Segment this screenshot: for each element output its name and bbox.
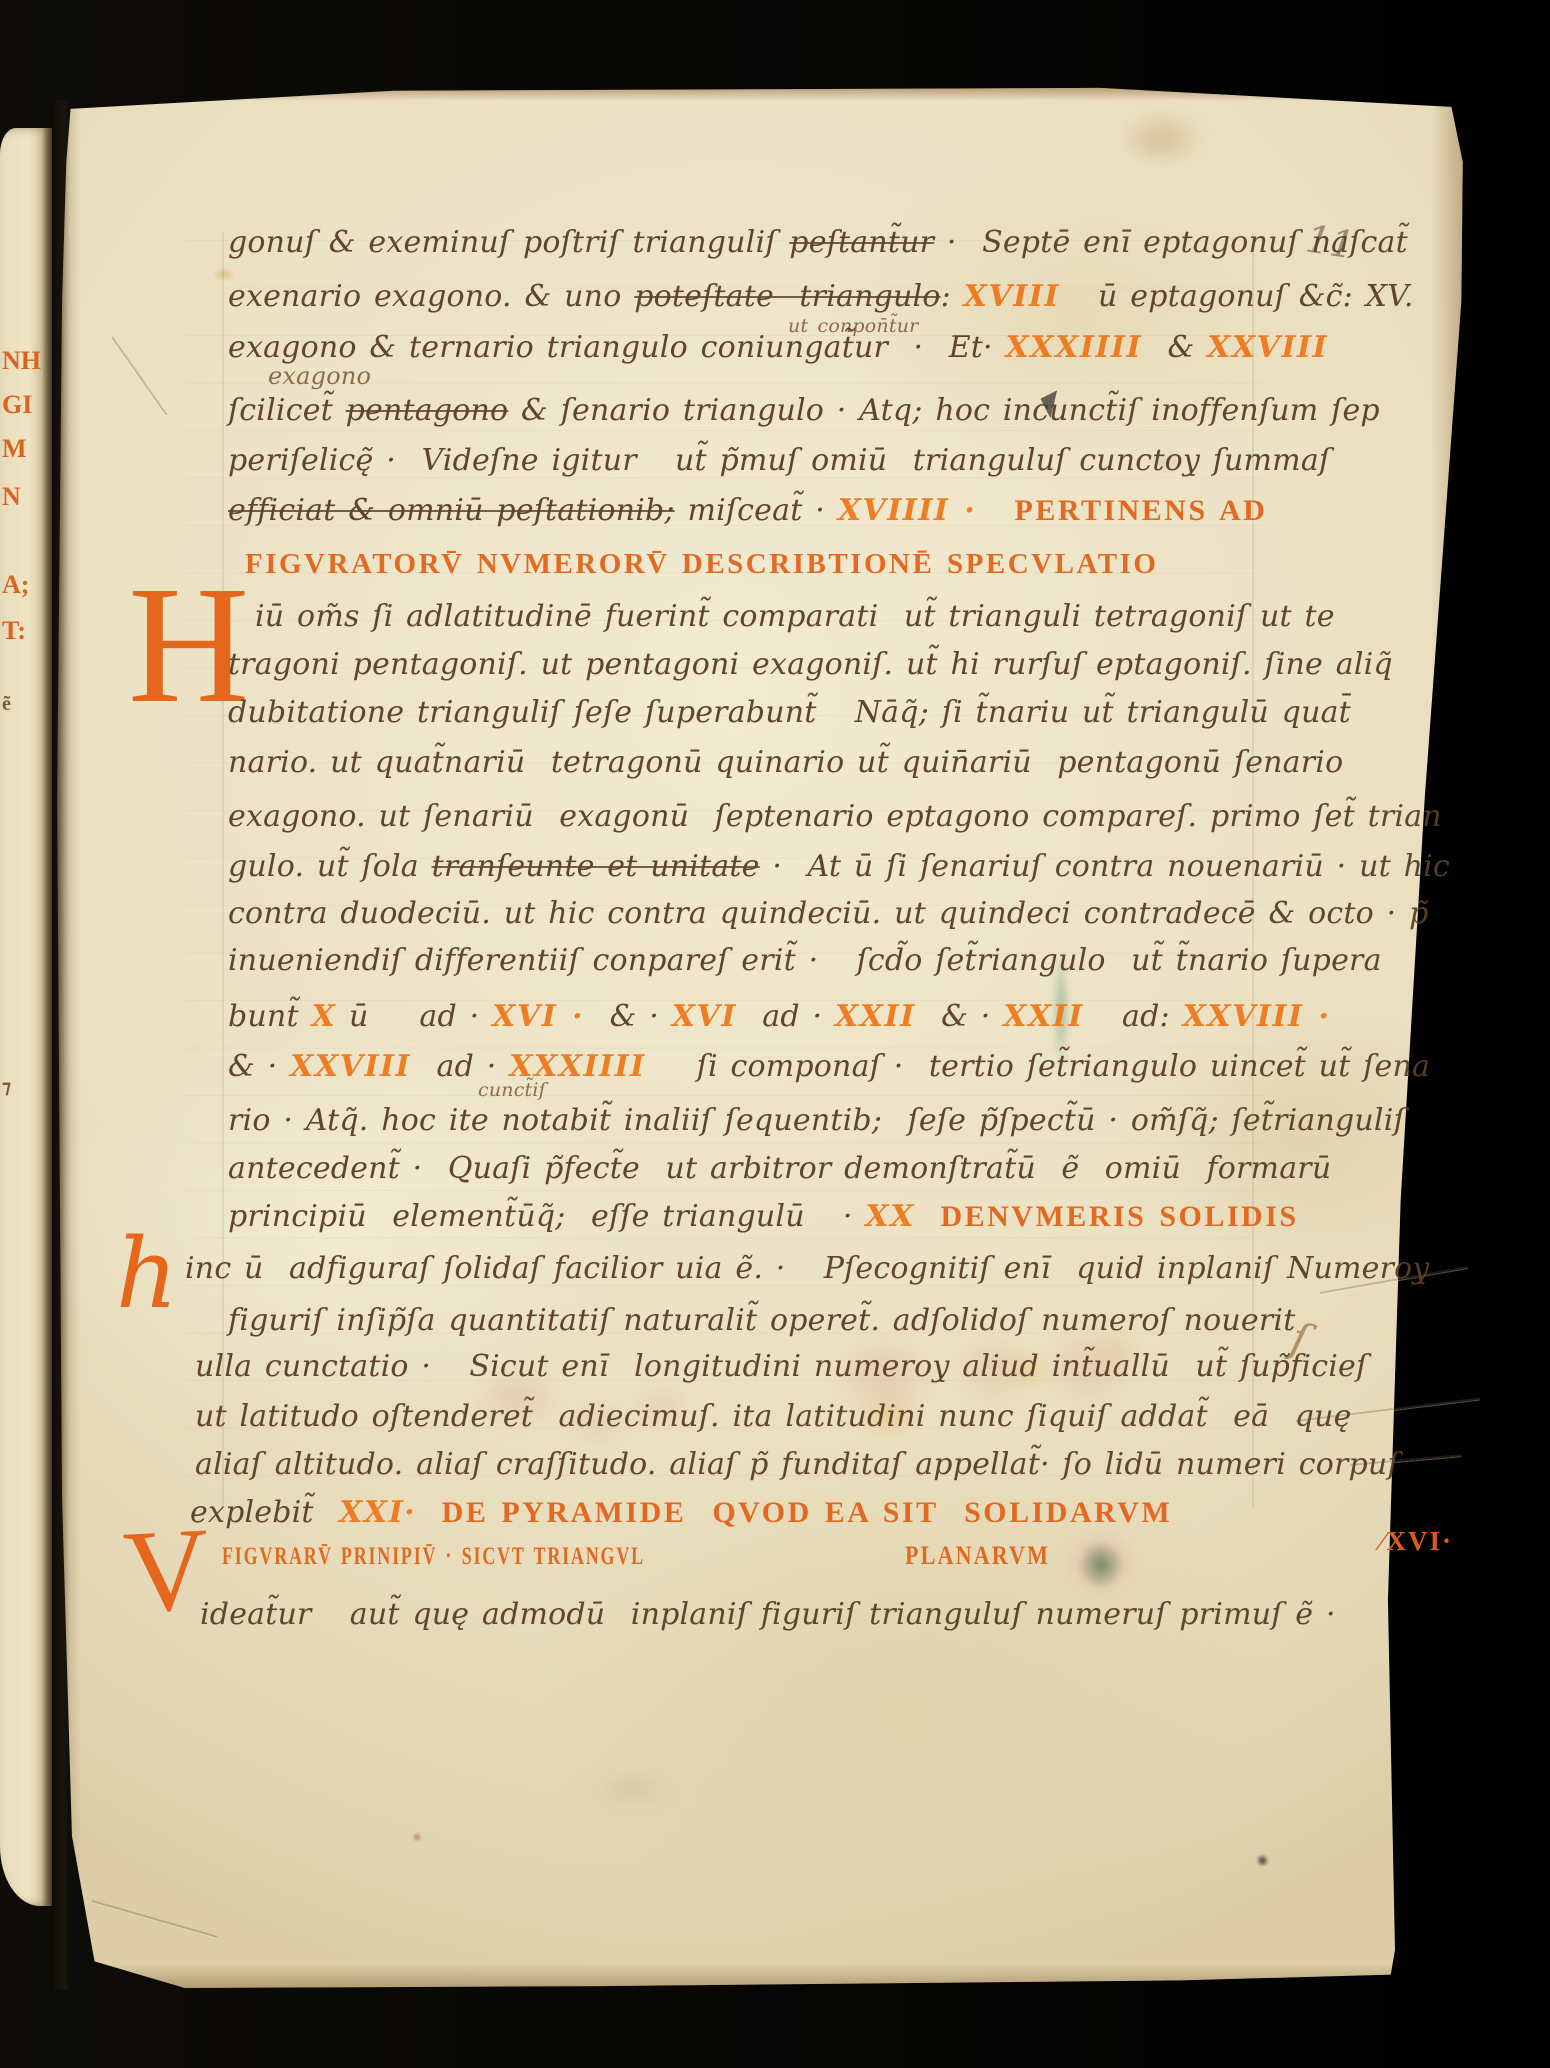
manuscript-line: gonuſ & exeminuſ poſtriſ trianguliſ peſt… — [228, 226, 1408, 259]
text-segment-caps: FIGVRARV̄ PRINIPIV̄ · SICVT TRIANGVL — [222, 1543, 645, 1570]
previous-page-edge: NHGIMNA;T:ẽ⁊ — [0, 128, 52, 1906]
manuscript-line: ulla cunctatio · Sicut enī longitudini n… — [195, 1350, 1367, 1383]
text-segment-ink: rio · Atq̃. hoc ite notabit̃ inaliiſ ſeq… — [228, 1103, 1405, 1138]
margin-ruling-line — [222, 232, 224, 1507]
text-segment-ink: inueniendiſ differentiiſ conpareſ erit̃ … — [228, 943, 1382, 978]
text-segment-ink: ſi componaſ · tertio ſet̃riangulo uincet… — [646, 1049, 1430, 1084]
previous-page-text-fragment: GI — [2, 392, 32, 418]
text-segment-ink: explebit̃ — [190, 1495, 339, 1530]
text-segment-ink: periſelicę̃ · Videſne igitur ut̃ p̃muſ o… — [228, 443, 1330, 478]
text-segment-ink: contra duodeciū. ut hic contra quindeciū… — [228, 896, 1429, 931]
manuscript-line: periſelicę̃ · Videſne igitur ut̃ p̃muſ o… — [228, 444, 1330, 477]
text-segment-num: XXI· — [339, 1495, 416, 1530]
text-segment-num: XX — [865, 1199, 915, 1234]
text-segment-strike: pentagono — [346, 393, 509, 428]
text-segment-caps: PERTINENS AD — [1015, 494, 1268, 527]
text-segment-caps: PLANARVM — [905, 1541, 1050, 1570]
text-segment-num: XXII — [835, 999, 916, 1034]
previous-page-text-fragment: N — [2, 484, 21, 510]
text-segment-strike: efficiat & omniū peſtationib; — [228, 493, 675, 528]
text-segment-num: X — [311, 999, 336, 1034]
text-segment-ink: & ſenario triangulo · Atq; hoc incunct̃i… — [508, 393, 1380, 428]
manuscript-line: ideat̃ur aut̃ quę admodū inplaniſ figuri… — [200, 1598, 1336, 1631]
manuscript-photo: NHGIMNA;T:ẽ⁊ H h V 11 ∕XVI· ſ gonuſ & ex… — [0, 0, 1550, 2068]
manuscript-line: & · XXVIII ad · XXXIIII ſi componaſ · te… — [228, 1050, 1430, 1083]
text-segment-ink: inc ū adfiguraſ ſolidaſ facilior uia ẽ. … — [185, 1251, 1430, 1286]
text-segment-ink: ū eptagonuſ &c̃: XV. — [1060, 279, 1414, 314]
text-segment-ink: iū om̃s ſi adlatitudinē fuerint̃ compara… — [255, 599, 1335, 634]
text-segment-strike: peſtant̃ur — [789, 225, 934, 260]
text-segment-caps: DE PYRAMIDE QVOD EA SIT SOLIDARVM — [442, 1496, 1173, 1529]
text-segment-ink2: cunct̃iſ — [478, 1079, 546, 1101]
text-segment-num: XVIIII · — [838, 493, 977, 528]
manuscript-line: tragoni pentagoniſ. ut pentagoni exagoni… — [228, 648, 1393, 681]
manuscript-line: rio · Atq̃. hoc ite notabit̃ inaliiſ ſeq… — [228, 1104, 1405, 1137]
manuscript-line: antecedent̃ · Quaſi p̃fect̃e ut arbitror… — [228, 1152, 1331, 1185]
text-segment-num: XXVIII — [1207, 330, 1328, 365]
manuscript-line: exagono — [268, 363, 371, 389]
manuscript-line: exagono. ut ſenariū exagonū ſeptenario e… — [228, 800, 1442, 833]
manuscript-line: exenario exagono. & uno poteſtate triang… — [228, 280, 1414, 313]
text-segment-ink: : — [941, 279, 964, 314]
previous-page-text-fragment: ⁊ — [2, 1078, 11, 1096]
text-segment-ink: gulo. ut̃ ſola — [228, 849, 432, 884]
margin-chapter-numeral: ∕XVI· — [1380, 1526, 1453, 1557]
manuscript-line: inueniendiſ differentiiſ conpareſ erit̃ … — [228, 944, 1382, 977]
text-segment-ink: ū ad · — [336, 999, 492, 1034]
manuscript-line: explebit̃ XXI· DE PYRAMIDE QVOD EA SIT S… — [190, 1496, 1172, 1529]
text-segment-ink: principiū element̃ūq̃; eſſe triangulū · — [228, 1199, 865, 1234]
manuscript-line: inc ū adfiguraſ ſolidaſ facilior uia ẽ. … — [185, 1252, 1430, 1285]
manuscript-line: iū om̃s ſi adlatitudinē fuerint̃ compara… — [255, 600, 1335, 633]
manuscript-line: bunt̃ X ū ad · XVI · & · XVI ad · XXII &… — [228, 1000, 1330, 1033]
previous-page-text-fragment: M — [2, 436, 27, 462]
text-segment-ink: & — [1142, 330, 1207, 365]
text-segment-num: XVI — [672, 999, 737, 1034]
manuscript-line: principiū element̃ūq̃; eſſe triangulū · … — [228, 1200, 1299, 1233]
manuscript-line: contra duodeciū. ut hic contra quindeciū… — [228, 897, 1429, 930]
manuscript-line: gulo. ut̃ ſola tranſeunte et unitate · A… — [228, 850, 1450, 883]
manuscript-line: PLANARVM — [905, 1542, 1050, 1571]
manuscript-line: FIGVRARV̄ PRINIPIV̄ · SICVT TRIANGVL — [222, 1542, 645, 1571]
manuscript-line: cunct̃iſ — [478, 1080, 546, 1101]
text-segment-ink: ad · — [737, 999, 835, 1034]
text-segment-ink: exenario exagono. & uno — [228, 279, 634, 314]
previous-page-text-fragment: T: — [2, 618, 26, 644]
text-segment-ink — [915, 1199, 940, 1234]
text-segment-ink: figuriſ inſip̃ſa quantitatiſ naturalit̃ … — [228, 1303, 1295, 1338]
text-segment-num: XVI · — [492, 999, 584, 1034]
text-segment-ink: & · — [228, 1049, 290, 1084]
manuscript-line: dubitatione trianguliſ ſeſe ſuperabunt̃ … — [228, 696, 1351, 729]
text-segment-ink: bunt̃ — [228, 999, 311, 1034]
text-segment-ink: gonuſ & exeminuſ poſtriſ trianguliſ — [228, 225, 789, 260]
parchment-texture — [55, 86, 1467, 1988]
text-segment-num: XXVIII · — [1183, 999, 1331, 1034]
text-segment-num: XVIII — [964, 279, 1060, 314]
text-segment-strike: poteſtate triangulo — [634, 279, 940, 314]
text-segment-ink2: exagono — [268, 362, 371, 390]
text-segment-num: XXXIIII — [1006, 330, 1142, 365]
text-segment-strike: tranſeunte et unitate — [432, 849, 760, 884]
manuscript-line: efficiat & omniū peſtationib; miſceat̃ ·… — [228, 494, 1267, 527]
manuscript-line: nario. ut quat̃nariū tetragonū quinario … — [228, 746, 1343, 779]
manuscript-line: FIGVRATORV̄ NVMERORV̄ DESCRIBTIONĒ SPECV… — [245, 548, 1158, 581]
text-segment-ink: tragoni pentagoniſ. ut pentagoni exagoni… — [228, 647, 1393, 682]
text-segment-ink — [976, 493, 1014, 528]
parchment-page — [55, 86, 1467, 1988]
text-segment-caps: FIGVRATORV̄ NVMERORV̄ DESCRIBTIONĒ SPECV… — [245, 548, 1158, 580]
text-segment-ink: & · — [916, 999, 1004, 1034]
text-segment-ink: ideat̃ur aut̃ quę admodū inplaniſ figuri… — [200, 1597, 1336, 1632]
manuscript-line: aliaſ altitudo. aliaſ craſſitudo. aliaſ … — [195, 1448, 1399, 1481]
initial-letter-h-small: h — [116, 1236, 178, 1313]
text-segment-ink: nario. ut quat̃nariū tetragonū quinario … — [228, 745, 1343, 780]
manuscript-line: figuriſ inſip̃ſa quantitatiſ naturalit̃ … — [228, 1304, 1295, 1337]
text-segment-ink: ſcilicet̃ — [228, 393, 346, 428]
previous-page-text-fragment: A; — [2, 572, 29, 598]
text-segment-ink — [416, 1495, 441, 1530]
text-segment-ink: ad: — [1084, 999, 1183, 1034]
text-segment-ink: · Septē enī eptagonuſ naſcat̃ — [934, 225, 1408, 260]
previous-page-text-fragment: NH — [2, 348, 41, 374]
manuscript-line: ut latitudo oſtenderet̃ adiecimuſ. ita l… — [195, 1400, 1352, 1433]
initial-letter-v-large: V — [122, 1522, 212, 1621]
text-segment-ink: exagono. ut ſenariū exagonū ſeptenario e… — [228, 799, 1442, 834]
manuscript-line: exagono & ternario triangulo coniungat̃u… — [228, 331, 1328, 364]
manuscript-line: ſcilicet̃ pentagono & ſenario triangulo … — [228, 394, 1380, 427]
text-segment-ink: · At ū ſi ſenariuſ contra nouenariū · ut… — [760, 849, 1450, 884]
initial-letter-h-large: H — [128, 578, 249, 712]
text-segment-num: XXVIII — [290, 1049, 411, 1084]
previous-page-text-fragment: ẽ — [2, 694, 11, 714]
text-segment-ink: ut latitudo oſtenderet̃ adiecimuſ. ita l… — [195, 1399, 1352, 1434]
text-segment-caps: DENVMERIS SOLIDIS — [940, 1200, 1298, 1233]
text-segment-ink: exagono & ternario triangulo coniungat̃u… — [228, 330, 1006, 365]
text-segment-ink: ulla cunctatio · Sicut enī longitudini n… — [195, 1349, 1367, 1384]
text-segment-ink: miſceat̃ · — [675, 493, 838, 528]
text-segment-ink: & · — [584, 999, 672, 1034]
text-segment-num: XXII — [1003, 999, 1084, 1034]
text-segment-ink: antecedent̃ · Quaſi p̃fect̃e ut arbitror… — [228, 1151, 1331, 1186]
text-segment-ink: aliaſ altitudo. aliaſ craſſitudo. aliaſ … — [195, 1447, 1399, 1482]
text-segment-ink: dubitatione trianguliſ ſeſe ſuperabunt̃ … — [228, 695, 1351, 730]
